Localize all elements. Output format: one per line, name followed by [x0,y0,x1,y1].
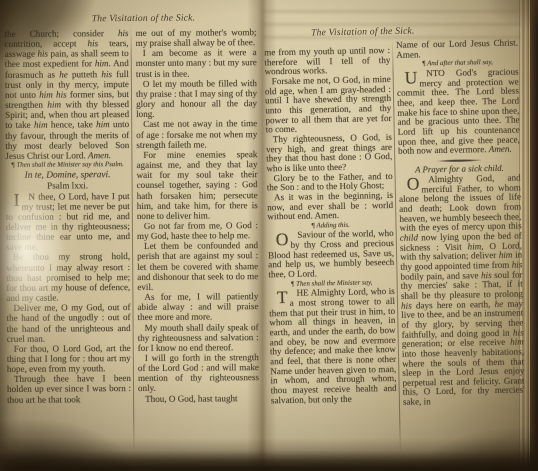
book-photograph: The Visitation of the Sick. the Church; … [0,0,538,471]
drop-cap: U [397,69,420,85]
paragraph: UNTO God's gracious mercy and protection… [397,67,521,156]
drop-cap: O [268,231,291,247]
paragraph: Name of our Lord Jesus Christ. Amen. [396,39,518,61]
paragraph: O Saviour of the world, who by thy Cross… [268,229,395,280]
right-page-column-2: Name of our Lord Jesus Christ. Amen.¶ An… [396,39,526,456]
right-page-column-1: me from my youth up until now : therefor… [264,46,398,457]
paragraph: me from my youth up until now : therefor… [264,46,391,77]
paragraph: Forsake me not, O God, in mine old age, … [265,75,392,135]
paragraph: Thy righteousness, O God, is very high, … [266,133,393,174]
paragraph: O Almighty God, and merciful Father, to … [399,174,525,408]
running-header-right: The Visitation of the Sick. [273,25,453,39]
paragraph: As it was in the beginning, is now, and … [267,191,394,222]
divider-rule [427,158,491,163]
drop-cap: O [399,175,422,191]
right-page: The Visitation of the Sick. me from my y… [0,0,538,471]
drop-cap: T [269,289,290,305]
paragraph: THE Almighty Lord, who is a most strong … [269,287,397,405]
